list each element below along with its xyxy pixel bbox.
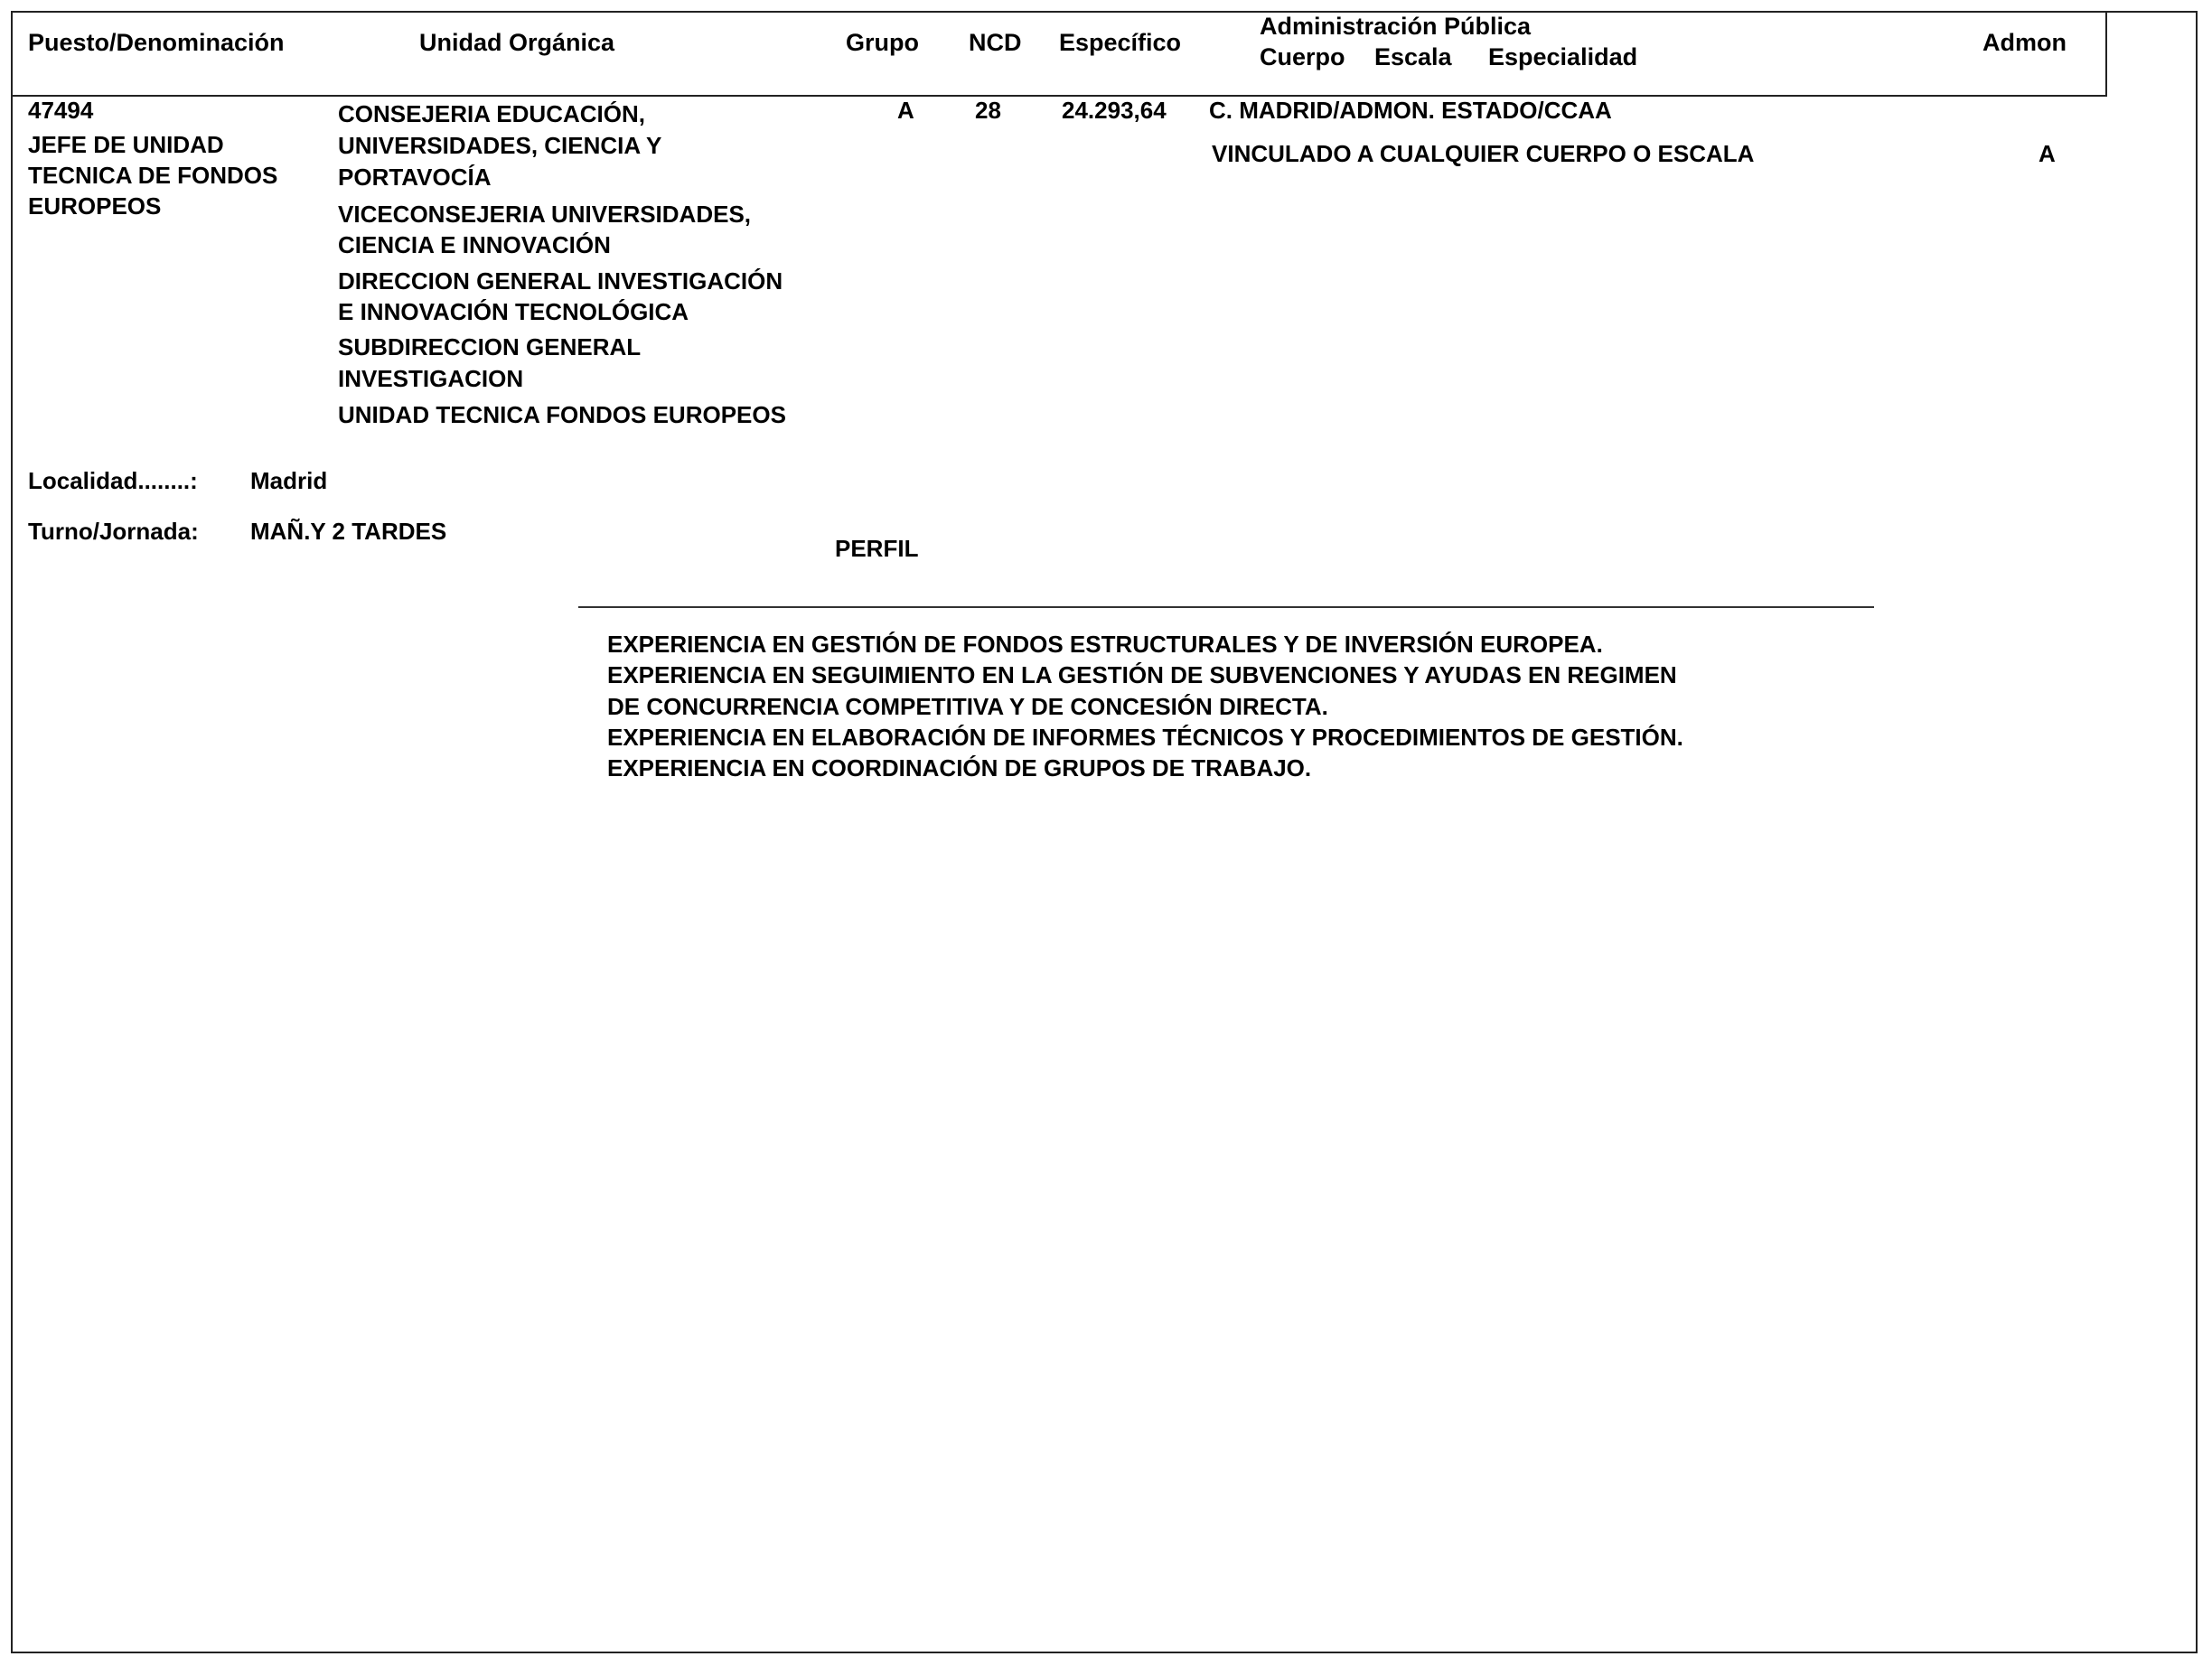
cuerpo-escala-value: VINCULADO A CUALQUIER CUERPO O ESCALA	[1212, 142, 1754, 165]
header-unidad: Unidad Orgánica	[419, 31, 614, 54]
especifico-value: 24.293,64	[1062, 98, 1167, 122]
unidad-organica-line: UNIDAD TECNICA FONDOS EUROPEOS	[338, 403, 786, 426]
ncd-value: 28	[975, 98, 1001, 122]
header-puesto: Puesto/Denominación	[28, 31, 285, 54]
turno-label: Turno/Jornada:	[28, 519, 199, 543]
unidad-organica-line: VICECONSEJERIA UNIVERSIDADES,	[338, 202, 751, 226]
header-escala: Escala	[1374, 45, 1452, 69]
unidad-organica-line: INVESTIGACION	[338, 367, 523, 390]
perfil-divider	[578, 606, 1874, 608]
header-admon: Admon	[1982, 31, 2067, 54]
header-cuerpo: Cuerpo	[1260, 45, 1345, 69]
perfil-line-text: EXPERIENCIA EN COORDINACIÓN DE GRUPOS DE…	[607, 756, 1311, 780]
header-admin-publica: Administración Pública	[1260, 14, 1531, 38]
puesto-codigo: 47494	[28, 98, 93, 122]
unidad-organica-line: UNIVERSIDADES, CIENCIA Y	[338, 134, 661, 157]
header-ncd: NCD	[969, 31, 1022, 54]
perfil-line-text: EXPERIENCIA EN GESTIÓN DE FONDOS ESTRUCT…	[607, 632, 1603, 656]
unidad-organica-line: SUBDIRECCION GENERAL	[338, 335, 641, 359]
unidad-organica-line: CONSEJERIA EDUCACIÓN,	[338, 102, 645, 126]
admon-value: A	[2039, 142, 2056, 165]
header-grupo: Grupo	[846, 31, 919, 54]
administracion-value: C. MADRID/ADMON. ESTADO/CCAA	[1209, 98, 1612, 122]
header-especifico: Específico	[1059, 31, 1181, 54]
localidad-label: Localidad........:	[28, 469, 198, 492]
unidad-organica-line: PORTAVOCÍA	[338, 165, 491, 189]
unidad-organica-line: CIENCIA E INNOVACIÓN	[338, 233, 611, 257]
turno-value: MAÑ.Y 2 TARDES	[250, 519, 446, 543]
unidad-organica-line: DIRECCION GENERAL INVESTIGACIÓN	[338, 269, 783, 293]
denominacion-line: TECNICA DE FONDOS	[28, 164, 277, 187]
perfil-line-text: DE CONCURRENCIA COMPETITIVA Y DE CONCESI…	[607, 695, 1328, 718]
denominacion-line: JEFE DE UNIDAD	[28, 133, 224, 156]
perfil-title: PERFIL	[835, 537, 918, 560]
grupo-value: A	[897, 98, 914, 122]
unidad-organica-line: E INNOVACIÓN TECNOLÓGICA	[338, 300, 689, 323]
perfil-line-text: EXPERIENCIA EN ELABORACIÓN DE INFORMES T…	[607, 725, 1683, 749]
denominacion-line: EUROPEOS	[28, 194, 161, 218]
localidad-value: Madrid	[250, 469, 327, 492]
perfil-line-text: EXPERIENCIA EN SEGUIMIENTO EN LA GESTIÓN…	[607, 663, 1677, 687]
header-especialidad: Especialidad	[1488, 45, 1637, 69]
